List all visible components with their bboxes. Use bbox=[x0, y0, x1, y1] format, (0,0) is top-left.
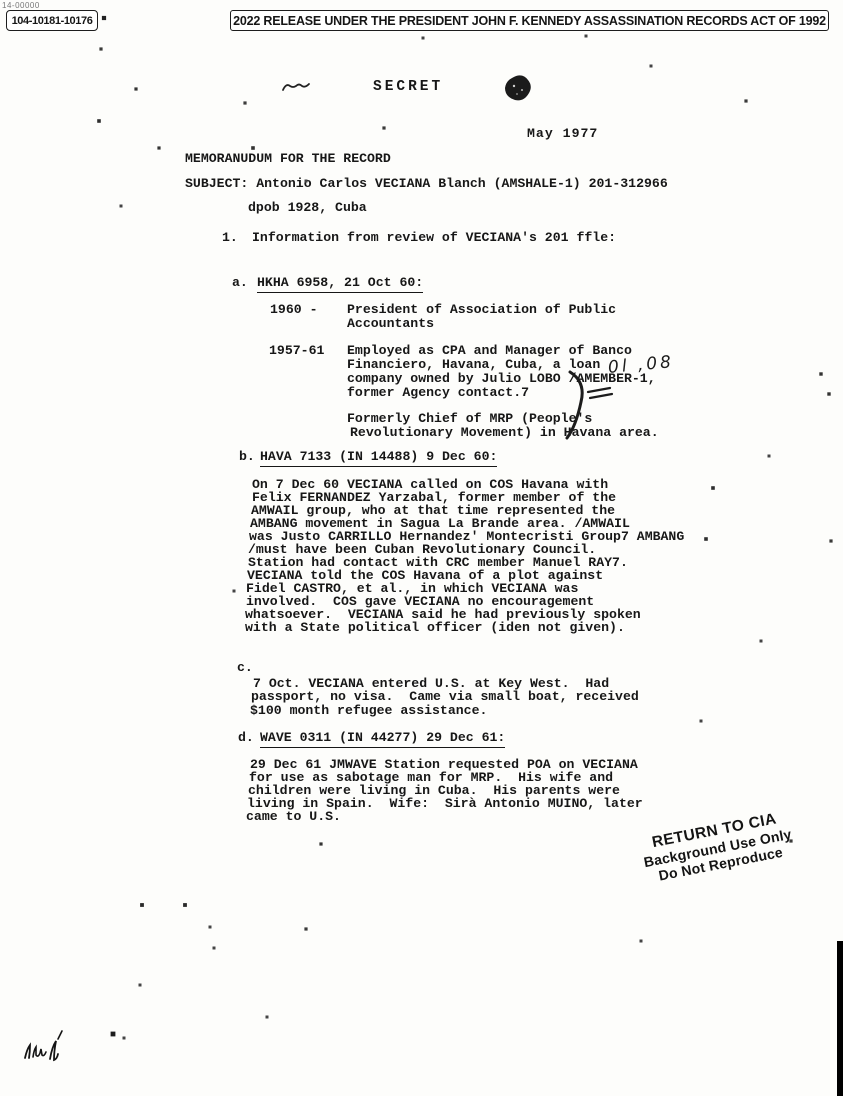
item-d-heading: WAVE 0311 (IN 44277) 29 Dec 61: bbox=[260, 731, 505, 748]
doc-line: $100 month refugee assistance. bbox=[250, 704, 487, 719]
item-1-number: 1. bbox=[222, 231, 238, 246]
release-banner: 2022 RELEASE UNDER THE PRESIDENT JOHN F.… bbox=[230, 10, 829, 31]
doc-line: 1957-61 bbox=[269, 344, 324, 359]
scan-batch-code: 14-00000 bbox=[2, 1, 40, 10]
signature-initials bbox=[20, 1026, 66, 1064]
item-d-letter: d. bbox=[238, 731, 254, 746]
scan-edge-artifact bbox=[837, 941, 843, 1096]
doc-line: with a State political officer (iden not… bbox=[245, 621, 625, 636]
memo-for-record-line: MEMORANUDUM FOR THE RECORD bbox=[185, 152, 391, 167]
dpob-line: dpob 1928, Cuba bbox=[248, 201, 367, 216]
stamp-smudge-icon bbox=[502, 74, 534, 104]
date-line: May 1977 bbox=[527, 127, 598, 142]
item-b-heading: HAVA 7133 (IN 14488) 9 Dec 60: bbox=[260, 450, 497, 467]
item-1-text: Information from review of VECIANA's 201… bbox=[252, 231, 616, 246]
classification-header: SECRET bbox=[373, 80, 443, 96]
cia-return-stamp: RETURN TO CIA Background Use Only Do Not… bbox=[612, 803, 823, 891]
doc-line: 1960 - bbox=[270, 303, 317, 318]
item-b-letter: b. bbox=[239, 450, 255, 465]
item-a-letter: a. bbox=[232, 276, 248, 291]
doc-line: came to U.S. bbox=[246, 810, 341, 825]
doc-line: Accountants bbox=[347, 317, 434, 332]
item-a-heading: HKHA 6958, 21 Oct 60: bbox=[257, 276, 423, 293]
item-c-letter: c. bbox=[237, 661, 253, 676]
subject-line: SUBJECT: Antonio Carlos VECIANA Blanch (… bbox=[185, 177, 668, 192]
handwritten-bracket-mark bbox=[548, 366, 618, 450]
document-id-badge: 104-10181-10176 bbox=[6, 10, 98, 31]
ink-swirl-mark-icon bbox=[281, 80, 311, 96]
scan-noise-speckles bbox=[0, 0, 2, 2]
doc-line: former Agency contact.7 bbox=[347, 386, 529, 401]
memo-document-page: 14-00000 104-10181-10176 2022 RELEASE UN… bbox=[0, 0, 843, 1096]
